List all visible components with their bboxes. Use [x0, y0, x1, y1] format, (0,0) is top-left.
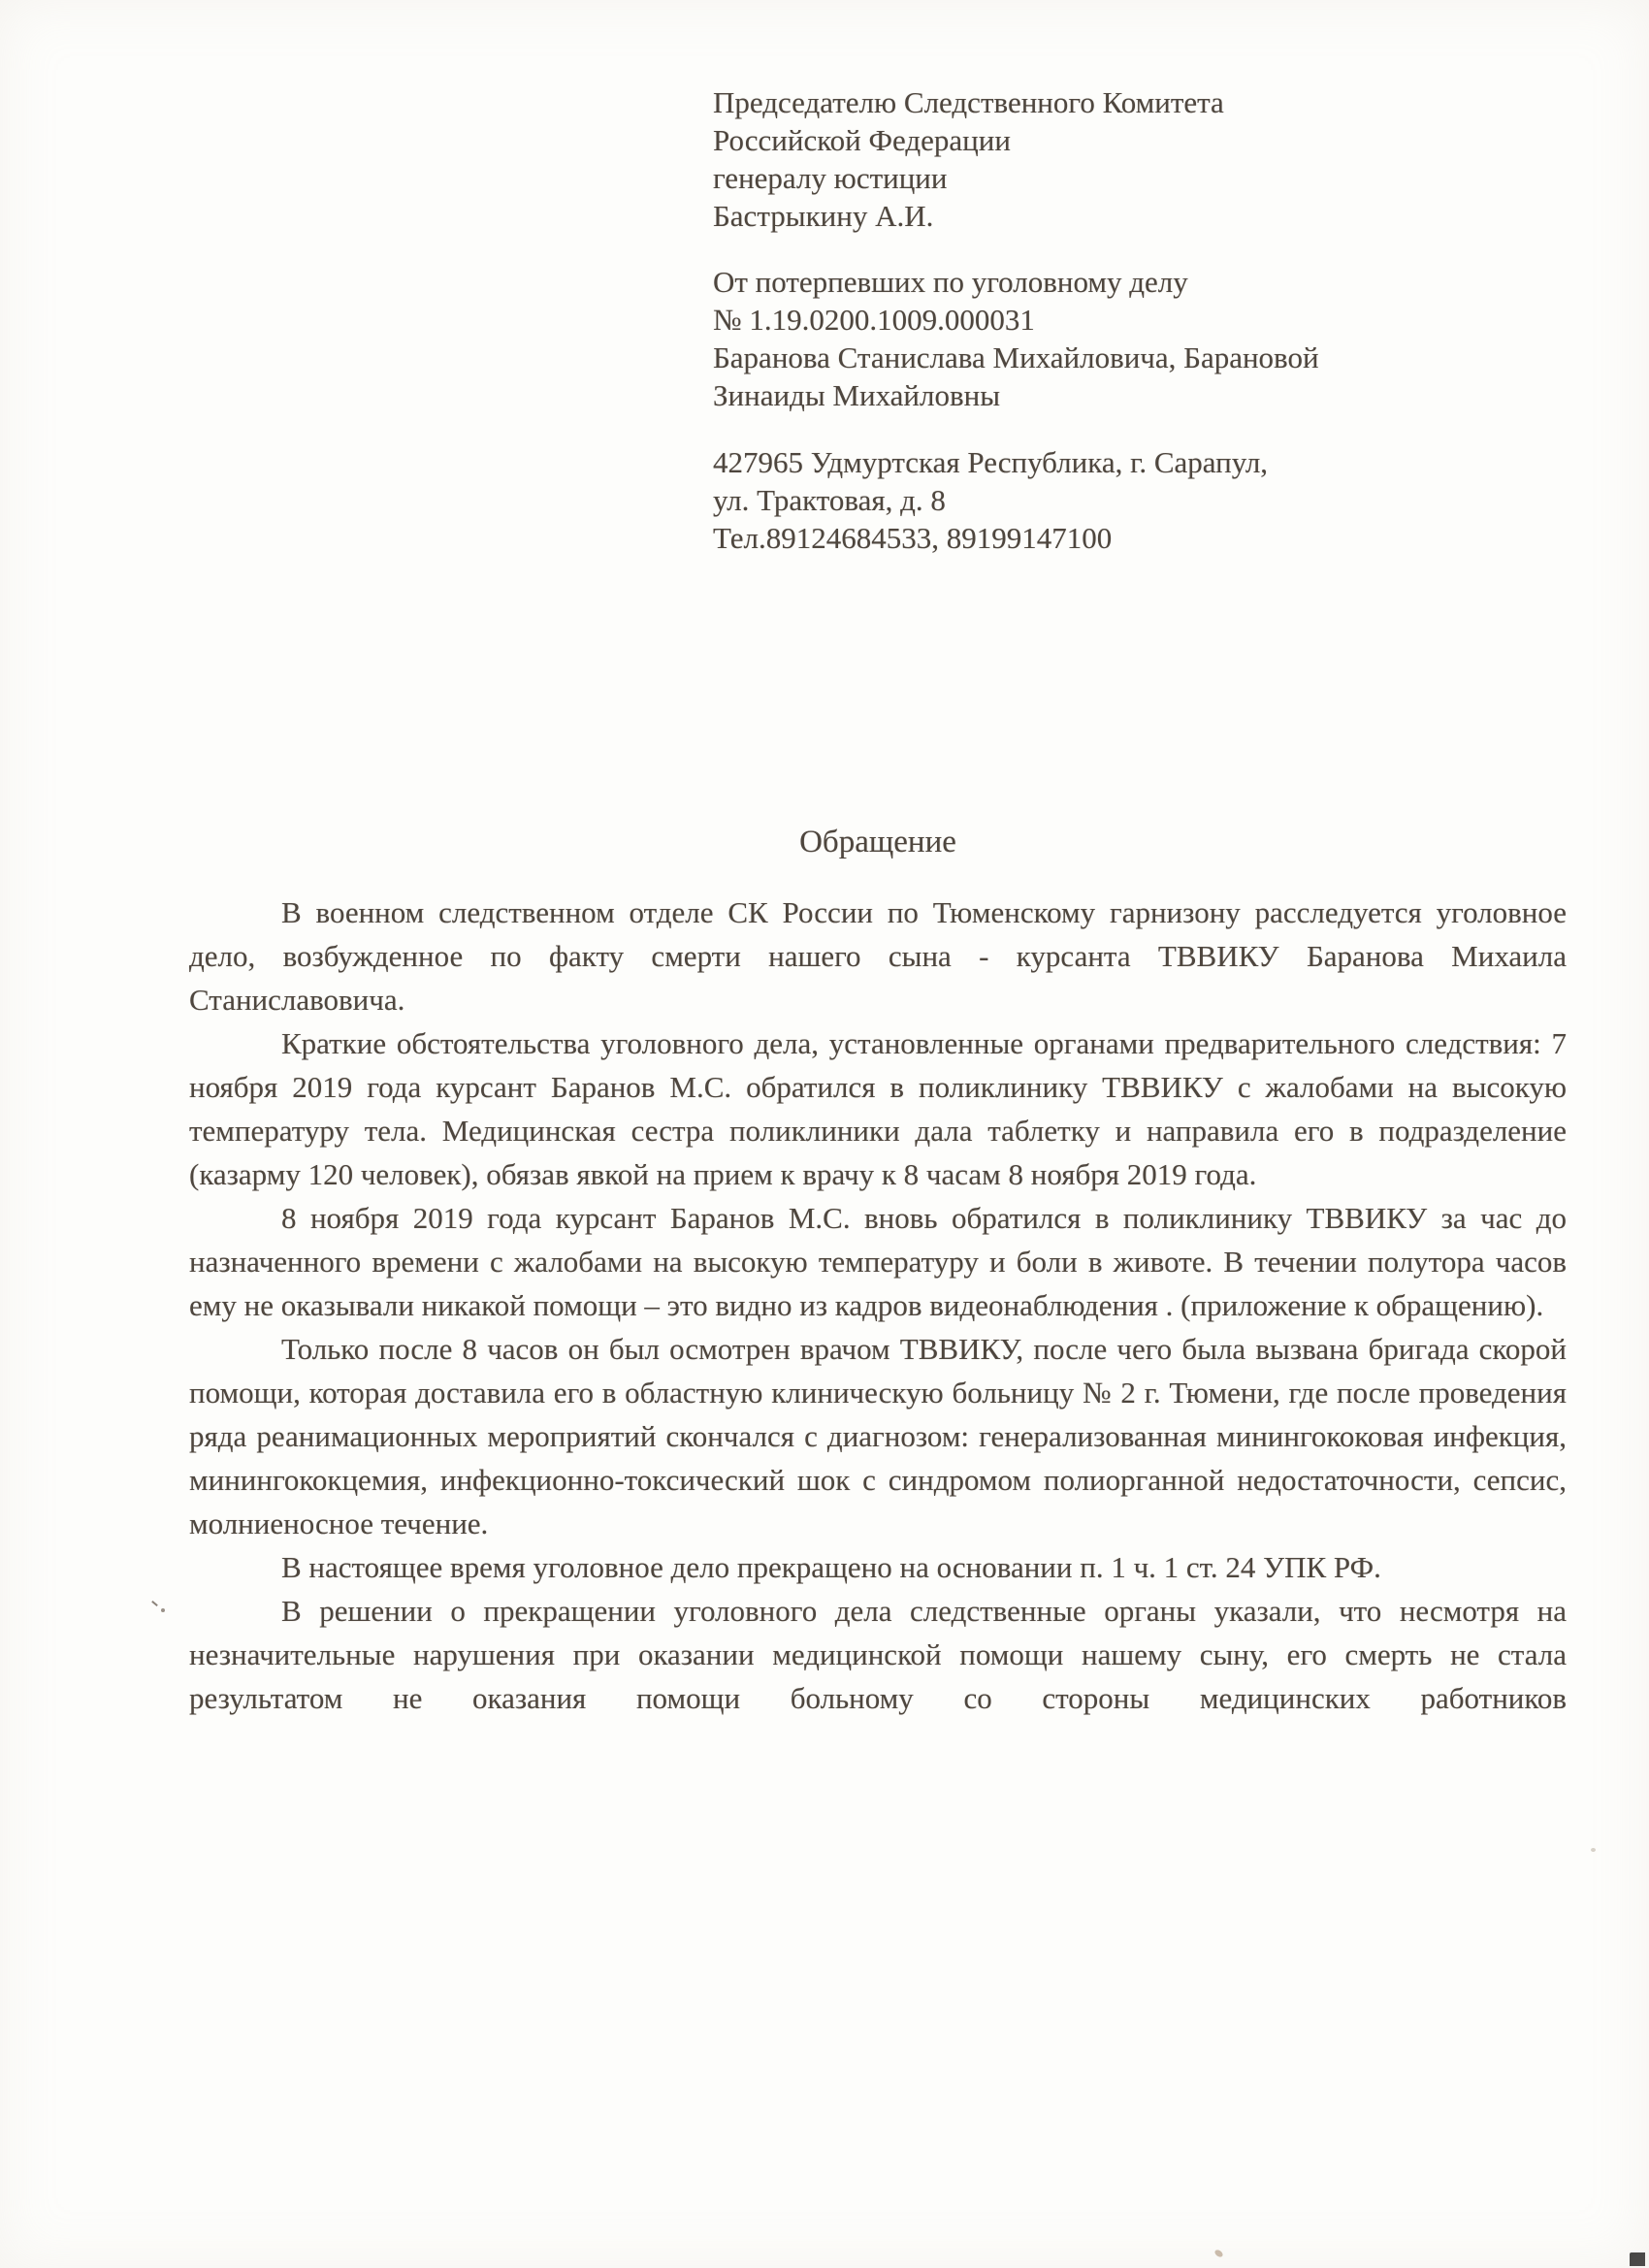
address-line: 427965 Удмуртская Республика, г. Сарапул… — [713, 443, 1319, 481]
letter-header-block: Председателю Следственного Комитета Росс… — [713, 83, 1319, 557]
phone-line: Тел.89124684533, 89199147100 — [713, 519, 1319, 557]
paragraph: 8 ноября 2019 года курсант Баранов М.С. … — [189, 1196, 1567, 1327]
address-line: ул. Трактовая, д. 8 — [713, 481, 1319, 519]
case-number: № 1.19.0200.1009.000031 — [713, 301, 1319, 339]
contact-block: 427965 Удмуртская Республика, г. Сарапул… — [713, 443, 1319, 557]
paragraph: Только после 8 часов он был осмотрен вра… — [189, 1327, 1567, 1545]
recipient-line: Председателю Следственного Комитета — [713, 83, 1319, 121]
paragraph: В решении о прекращении уголовного дела … — [189, 1589, 1567, 1720]
scan-speck-artifact — [1591, 1848, 1596, 1852]
recipient-line: генералу юстиции — [713, 159, 1319, 197]
scan-speck-artifact — [1213, 2249, 1224, 2258]
scanned-letter-page: Председателю Следственного Комитета Росс… — [0, 0, 1649, 2268]
recipient-block: Председателю Следственного Комитета Росс… — [713, 83, 1319, 235]
sender-line: От потерпевших по уголовному делу — [713, 263, 1319, 301]
paragraph: Краткие обстоятельства уголовного дела, … — [189, 1021, 1567, 1196]
sender-line: Баранова Станислава Михайловича, Баранов… — [713, 339, 1319, 376]
sender-line: Зинаиды Михайловны — [713, 376, 1319, 414]
paragraph: В настоящее время уголовное дело прекращ… — [189, 1545, 1567, 1589]
scan-corner-artifact — [1630, 2252, 1645, 2266]
sender-block: От потерпевших по уголовному делу № 1.19… — [713, 263, 1319, 414]
page-title: Обращение — [189, 825, 1567, 860]
letter-body: В военном следственном отделе СК России … — [189, 891, 1567, 1720]
pen-mark-artifact — [151, 1601, 171, 1616]
paragraph: В военном следственном отделе СК России … — [189, 891, 1567, 1021]
recipient-line: Российской Федерации — [713, 121, 1319, 159]
recipient-line: Бастрыкину А.И. — [713, 197, 1319, 235]
